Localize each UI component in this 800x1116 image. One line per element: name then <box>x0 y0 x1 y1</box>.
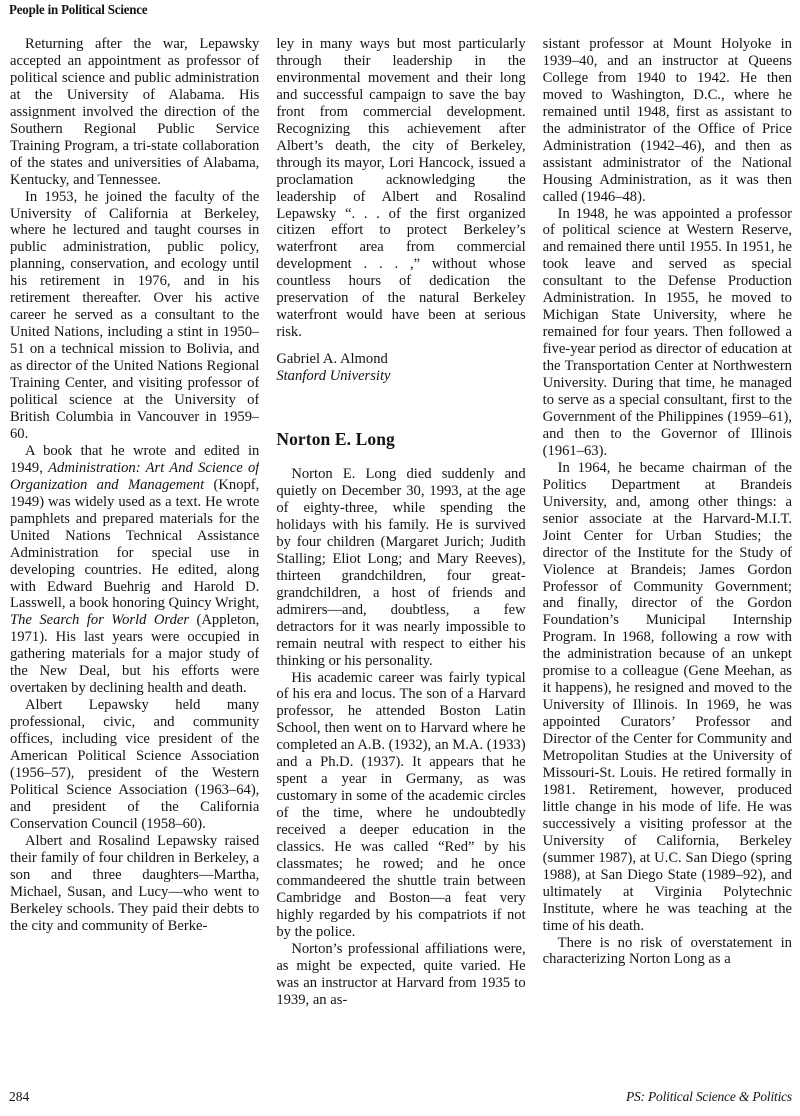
body-paragraph: There is no risk of overstatement in cha… <box>543 935 792 969</box>
body-paragraph: In 1964, he became chairman of the Polit… <box>543 460 792 935</box>
body-paragraph: ley in many ways but most particularly t… <box>276 36 525 341</box>
body-paragraph: In 1948, he was appointed a professor of… <box>543 206 792 460</box>
body-paragraph: Norton E. Long died suddenly and quietly… <box>276 466 525 669</box>
body-paragraph: His academic career was fairly typical o… <box>276 670 525 941</box>
body-paragraph: A book that he wrote and edited in 1949,… <box>10 443 259 697</box>
body-paragraph: In 1953, he joined the faculty of the Un… <box>10 189 259 443</box>
text-column-1: Returning after the war, Lepawsky accept… <box>10 36 259 1080</box>
body-paragraph: Norton’s professional affiliations were,… <box>276 941 525 1009</box>
journal-title: PS: Political Science & Politics <box>626 1089 792 1105</box>
page-footer: 284 PS: Political Science & Politics <box>9 1089 792 1105</box>
body-paragraph: Returning after the war, Lepawsky accept… <box>10 36 259 189</box>
article-columns: Returning after the war, Lepawsky accept… <box>10 36 792 1080</box>
journal-page: People in Political Science Returning af… <box>0 0 800 1116</box>
body-paragraph: Albert and Rosalind Lepawsky raised thei… <box>10 833 259 935</box>
running-head-title: People in Political Science <box>9 2 147 18</box>
page-number: 284 <box>9 1089 29 1105</box>
author-signature-line: Stanford University <box>276 368 525 385</box>
body-paragraph: sistant professor at Mount Holyoke in 19… <box>543 36 792 206</box>
body-paragraph: Albert Lepawsky held many professional, … <box>10 697 259 833</box>
author-signature-line: Gabriel A. Almond <box>276 351 525 368</box>
section-heading: Norton E. Long <box>276 429 525 449</box>
text-column-2: ley in many ways but most particularly t… <box>276 36 525 1080</box>
text-column-3: sistant professor at Mount Holyoke in 19… <box>543 36 792 1080</box>
